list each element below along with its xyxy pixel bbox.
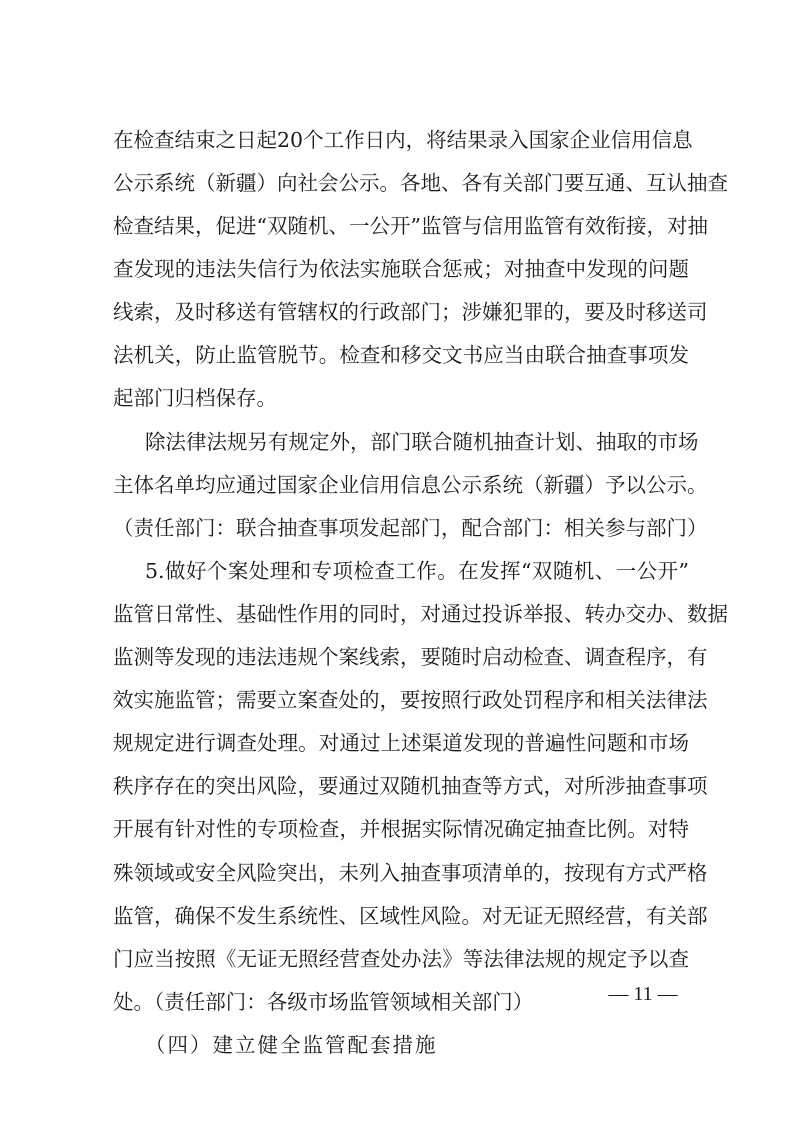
paragraph-3-line-2: 监管日常性、基础性作用的同时，对通过投诉举报、转办交办、数据 bbox=[113, 599, 689, 629]
section-heading: （四）建立健全监管配套措施 bbox=[145, 1030, 438, 1060]
page-number: — 11 — bbox=[598, 981, 688, 1007]
paragraph-2-line-1: 除法律法规另有规定外，部门联合随机抽查计划、抽取的市场 bbox=[145, 427, 689, 457]
paragraph-3-line-7: 开展有针对性的专项检查，并根据实际情况确定抽查比例。对特 bbox=[113, 814, 689, 844]
paragraph-1-line-2: 公示系统（新疆）向社会公示。各地、各有关部门要互通、互认抽查 bbox=[113, 168, 689, 198]
paragraph-3-line-9: 监管，确保不发生系统性、区域性风险。对无证无照经营，有关部 bbox=[113, 901, 689, 931]
paragraph-3-line-3: 监测等发现的违法违规个案线索，要随时启动检查、调查程序，有 bbox=[113, 642, 689, 672]
paragraph-3-line-1: 5.做好个案处理和专项检查工作。在发挥“双随机、一公开” bbox=[145, 556, 689, 586]
paragraph-3-line-10: 门应当按照《无证无照经营查处办法》等法律法规的规定予以查 bbox=[113, 944, 689, 974]
paragraph-1-line-3: 检查结果，促进“双随机、一公开”监管与信用监管有效衔接，对抽 bbox=[113, 211, 689, 241]
paragraph-2-line-3: （责任部门：联合抽查事项发起部门，配合部门：相关参与部门） bbox=[113, 513, 689, 543]
paragraph-3-line-8: 殊领域或安全风险突出，未列入抽查事项清单的，按现有方式严格 bbox=[113, 858, 689, 888]
paragraph-1-line-6: 法机关，防止监管脱节。检查和移交文书应当由联合抽查事项发 bbox=[113, 340, 689, 370]
paragraph-1-line-4: 查发现的违法失信行为依法实施联合惩戒；对抽查中发现的问题 bbox=[113, 254, 689, 284]
paragraph-1-line-5: 线索，及时移送有管辖权的行政部门；涉嫌犯罪的，要及时移送司 bbox=[113, 297, 689, 327]
document-page: 在检查结束之日起20个工作日内，将结果录入国家企业信用信息 公示系统（新疆）向社… bbox=[0, 0, 793, 1122]
paragraph-1-line-7: 起部门归档保存。 bbox=[113, 383, 689, 413]
paragraph-2-line-2: 主体名单均应通过国家企业信用信息公示系统（新疆）予以公示。 bbox=[113, 470, 689, 500]
paragraph-3-line-6: 秩序存在的突出风险，要通过双随机抽查等方式，对所涉抽查事项 bbox=[113, 771, 689, 801]
paragraph-3-line-4: 效实施监管；需要立案查处的，要按照行政处罚程序和相关法律法 bbox=[113, 685, 689, 715]
paragraph-3-line-5: 规规定进行调查处理。对通过上述渠道发现的普遍性问题和市场 bbox=[113, 728, 689, 758]
paragraph-1-line-1: 在检查结束之日起20个工作日内，将结果录入国家企业信用信息 bbox=[113, 125, 689, 155]
